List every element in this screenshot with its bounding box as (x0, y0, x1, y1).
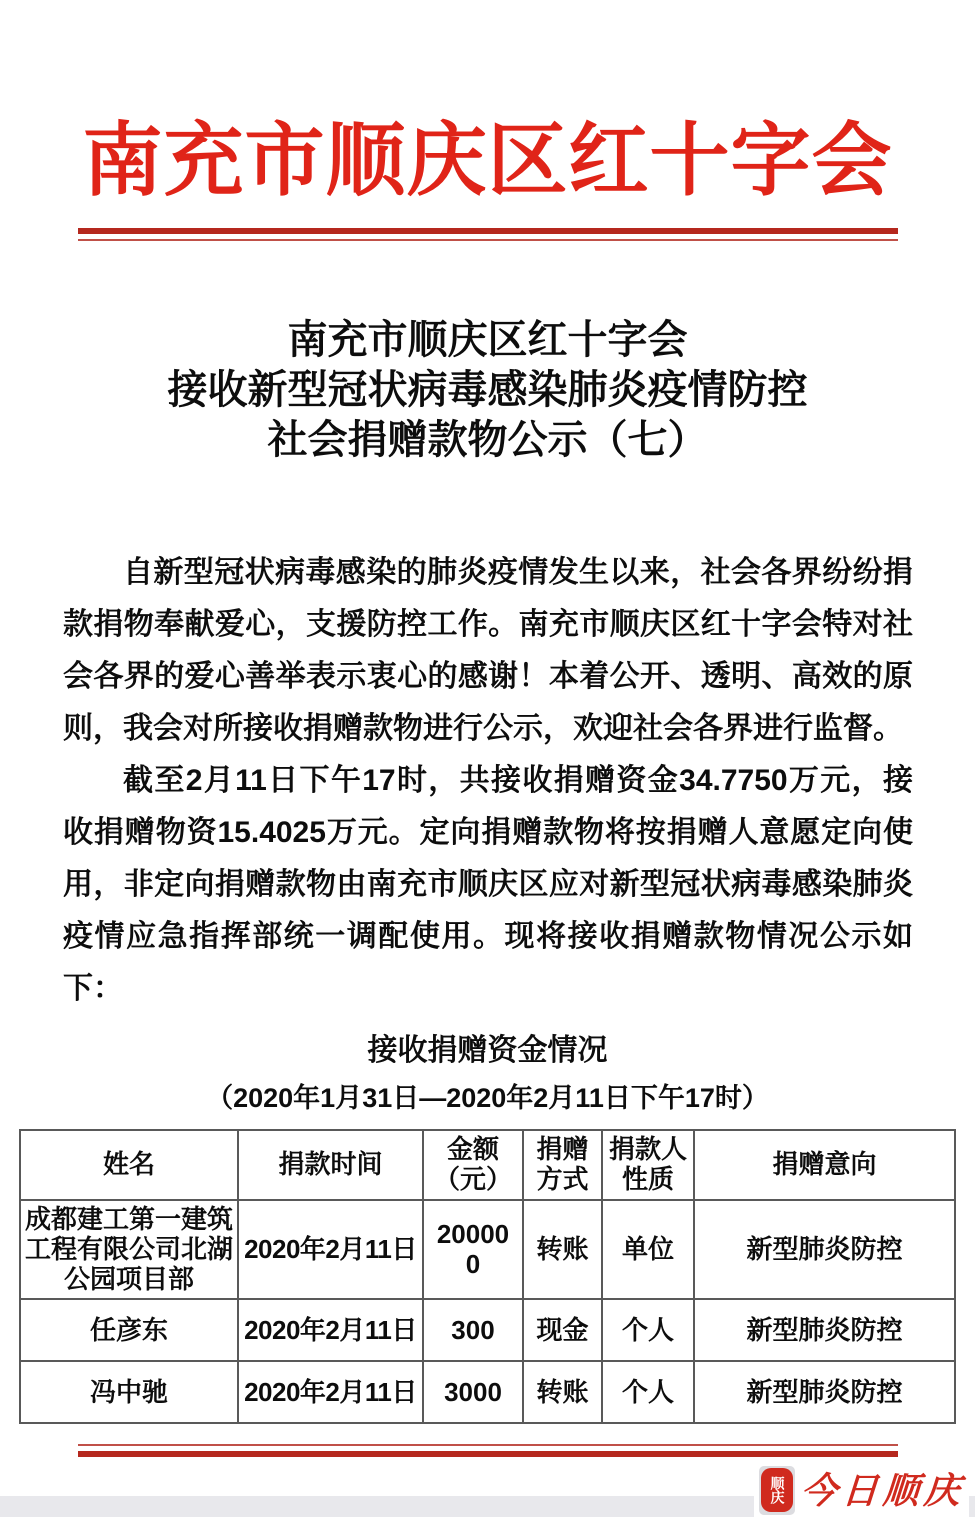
amount-value: 200000 (434, 1220, 512, 1280)
col-header-intent: 捐赠意向 (694, 1130, 955, 1200)
donation-table: 姓名 捐款时间 金额（元） 捐赠方式 捐款人性质 捐赠意向 成都建工第一建筑工程… (19, 1129, 956, 1424)
document-title-line3: 社会捐赠款物公示（七） (0, 415, 975, 465)
table-row: 成都建工第一建筑工程有限公司北湖公园项目部 2020年2月11日 200000 … (20, 1200, 955, 1300)
paragraph-intro: 自新型冠状病毒感染的肺炎疫情发生以来，社会各界纷纷捐款捐物奉献爱心，支援防控工作… (63, 547, 913, 755)
cell-donor-type: 个人 (602, 1361, 694, 1423)
footer-divider (78, 1444, 898, 1457)
divider-thin-line (78, 239, 898, 241)
cell-donation-date: 2020年2月11日 (238, 1299, 423, 1361)
cell-donor-name: 冯中驰 (20, 1361, 238, 1423)
paragraph-summary: 截至2月11日下午17时，共接收捐赠资金34.7750万元，接收捐赠物资15.4… (63, 755, 913, 1015)
col-header-donor-type: 捐款人性质 (602, 1130, 694, 1200)
cell-intent: 新型肺炎防控 (694, 1200, 955, 1300)
cell-donation-date: 2020年2月11日 (238, 1200, 423, 1300)
document-title: 南充市顺庆区红十字会 接收新型冠状病毒感染肺炎疫情防控 社会捐赠款物公示（七） (0, 315, 975, 465)
cell-method: 转账 (523, 1200, 602, 1300)
shunqing-seal-icon: 顺庆 (761, 1468, 793, 1512)
col-header-method: 捐赠方式 (523, 1130, 602, 1200)
cell-donor-name: 成都建工第一建筑工程有限公司北湖公园项目部 (20, 1200, 238, 1300)
document-title-line1: 南充市顺庆区红十字会 (0, 315, 975, 365)
section-title: 接收捐赠资金情况 (0, 1033, 975, 1069)
col-header-name: 姓名 (20, 1130, 238, 1200)
cell-donor-type: 单位 (602, 1200, 694, 1300)
table-row: 冯中驰 2020年2月11日 3000 转账 个人 新型肺炎防控 (20, 1361, 955, 1423)
cell-intent: 新型肺炎防控 (694, 1299, 955, 1361)
cell-intent: 新型肺炎防控 (694, 1361, 955, 1423)
col-header-amount: 金额（元） (423, 1130, 523, 1200)
table-header-row: 姓名 捐款时间 金额（元） 捐赠方式 捐款人性质 捐赠意向 (20, 1130, 955, 1200)
cell-method: 转账 (523, 1361, 602, 1423)
table-row: 任彦东 2020年2月11日 300 现金 个人 新型肺炎防控 (20, 1299, 955, 1361)
cell-amount: 300 (423, 1299, 523, 1361)
seal-backdrop: 顺庆 (759, 1466, 795, 1515)
page-background: { "masthead": { "title": "南充市顺庆区红十字会" },… (0, 0, 975, 1517)
document-title-line2: 接收新型冠状病毒感染肺炎疫情防控 (0, 365, 975, 415)
brand-logo: 顺庆 今日顺庆 (754, 1464, 969, 1517)
masthead-title: 南充市顺庆区红十字会 (0, 0, 975, 212)
brand-logo-text: 今日顺庆 (800, 1471, 967, 1511)
cell-amount: 200000 (423, 1200, 523, 1300)
divider-thick-line (78, 1451, 898, 1457)
masthead-divider (78, 228, 898, 241)
cell-donor-name: 任彦东 (20, 1299, 238, 1361)
document-body: 自新型冠状病毒感染的肺炎疫情发生以来，社会各界纷纷捐款捐物奉献爱心，支援防控工作… (63, 547, 913, 1015)
section-date-range: （2020年1月31日—2020年2月11日下午17时） (0, 1081, 975, 1115)
cell-donor-type: 个人 (602, 1299, 694, 1361)
cell-donation-date: 2020年2月11日 (238, 1361, 423, 1423)
cell-method: 现金 (523, 1299, 602, 1361)
col-header-date: 捐款时间 (238, 1130, 423, 1200)
cell-amount: 3000 (423, 1361, 523, 1423)
amount-value: 3000 (444, 1378, 502, 1408)
amount-value: 300 (451, 1316, 494, 1346)
